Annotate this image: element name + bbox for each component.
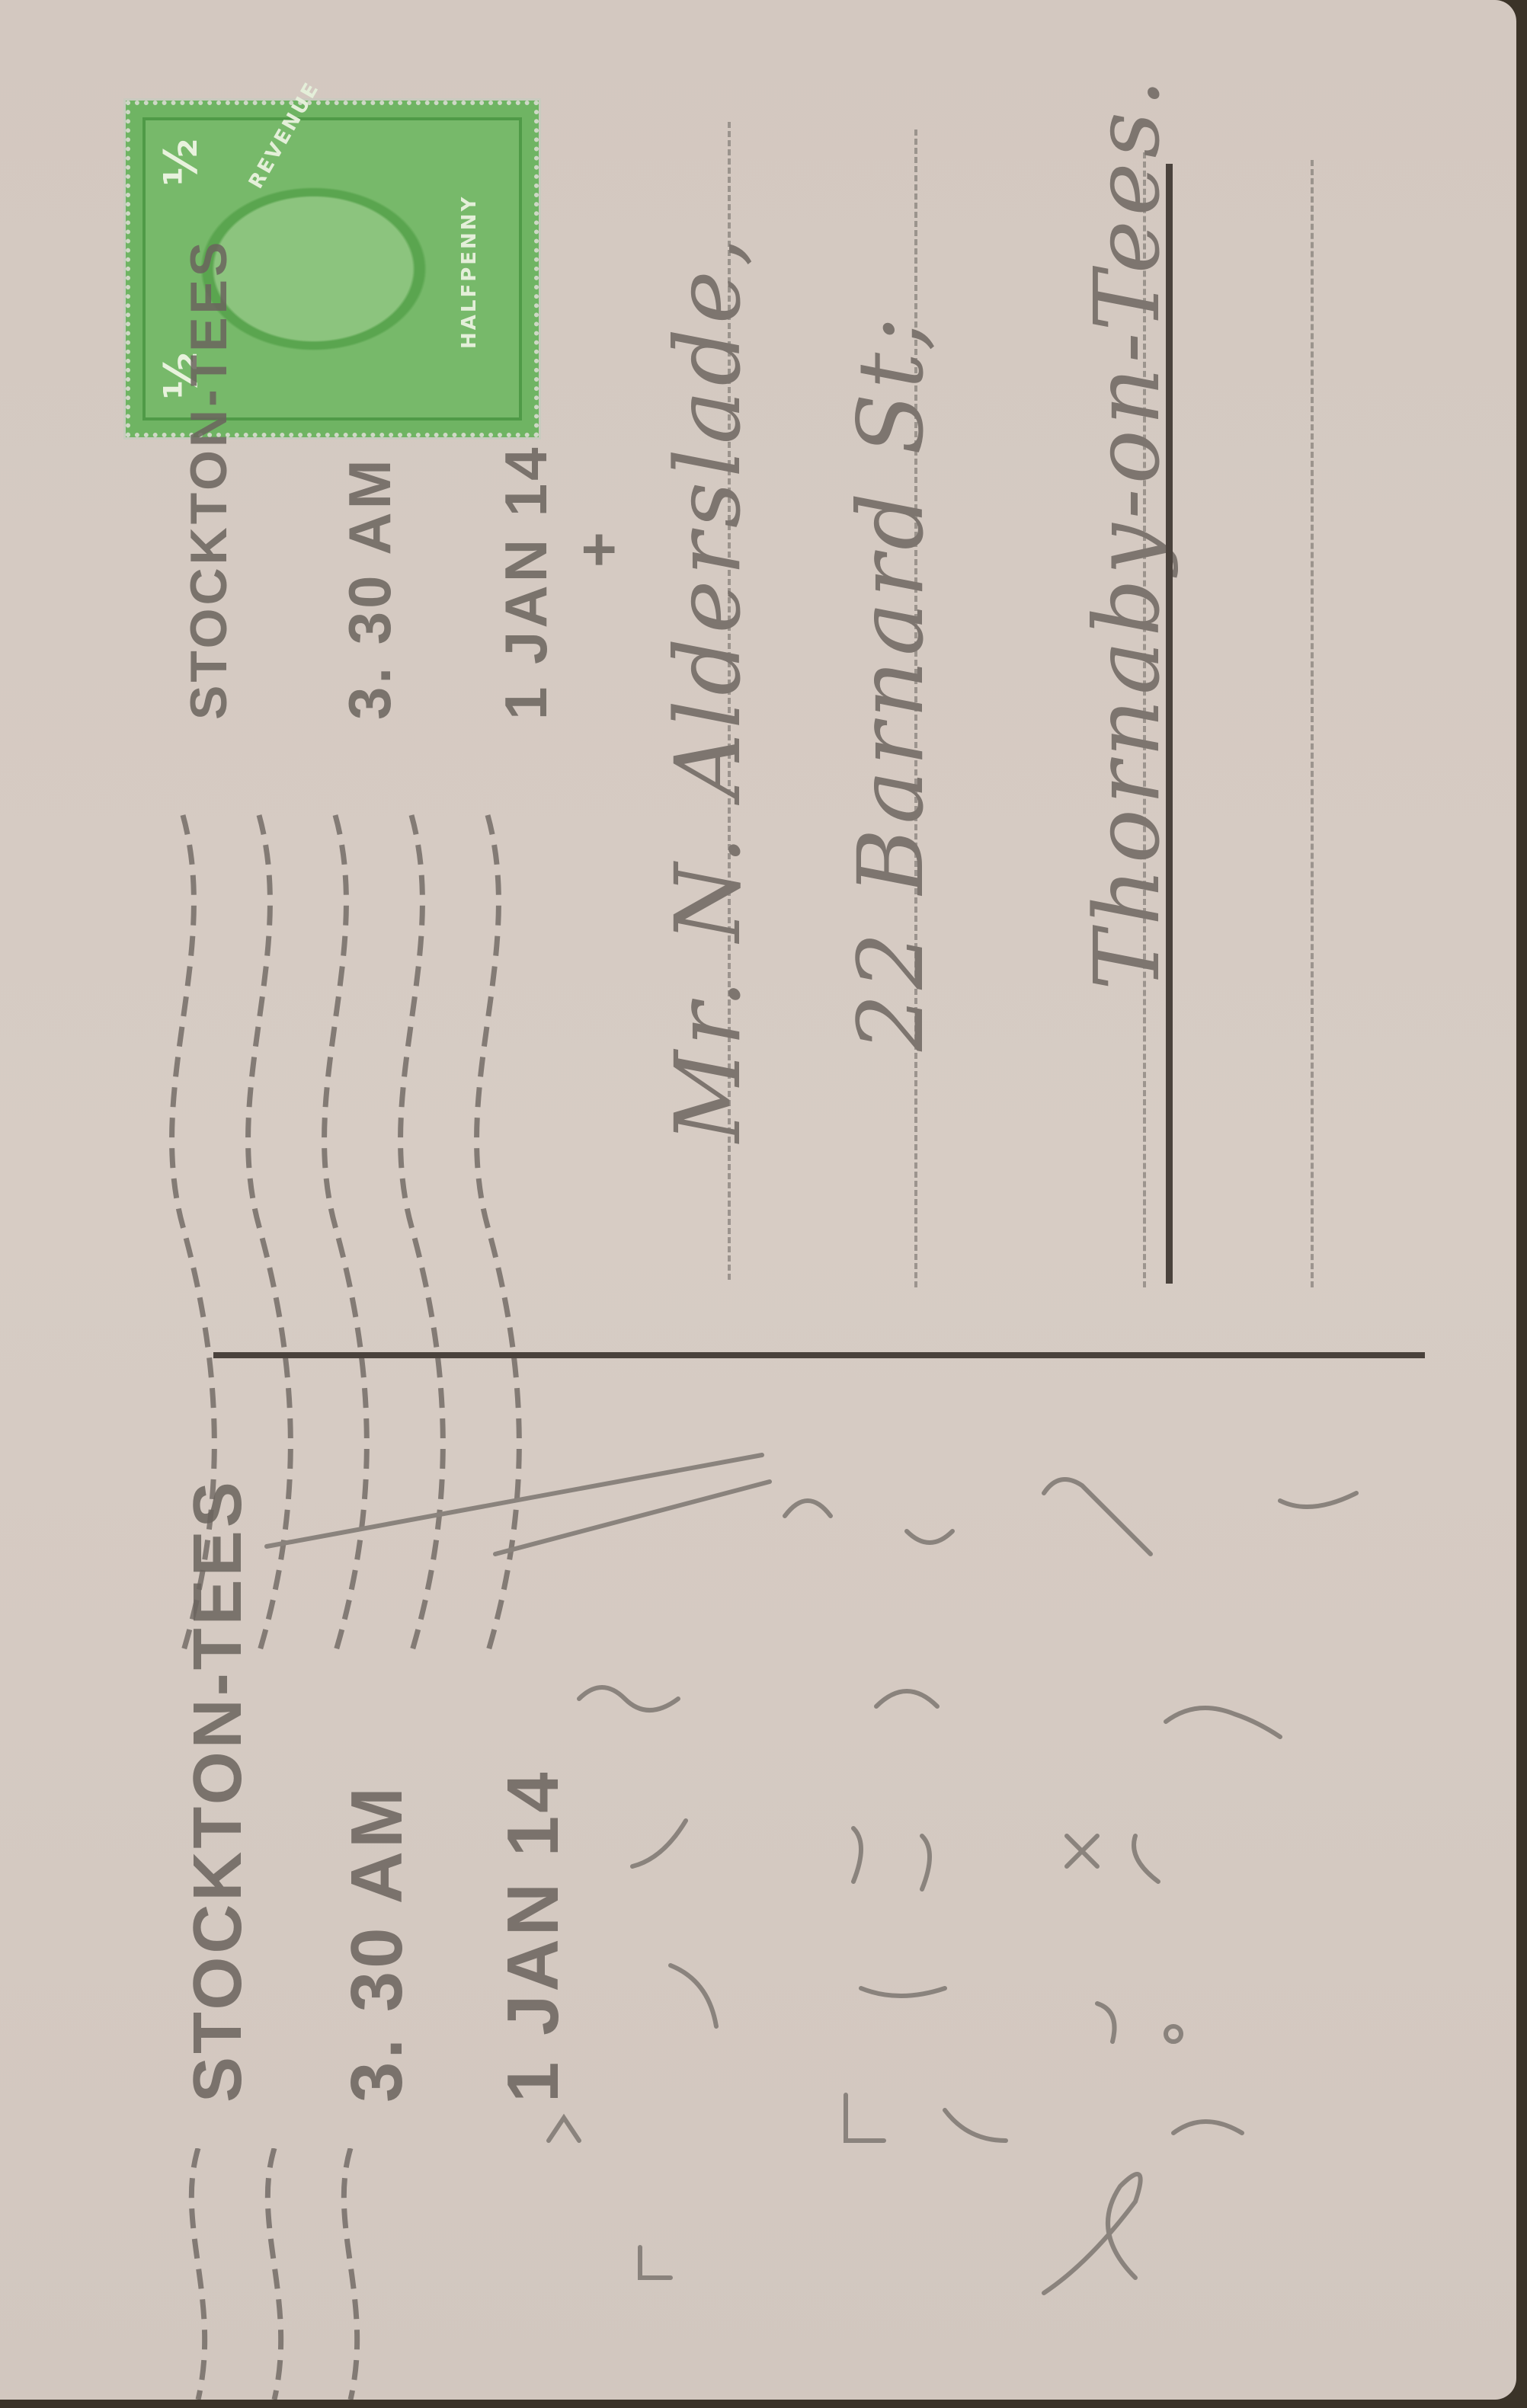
- address-line-town: Thornaby-on-Tees.: [1074, 74, 1180, 990]
- address-line-street: 22 Barnard St;: [838, 313, 943, 1051]
- stamp-value-top-left: ½: [155, 139, 208, 186]
- postmark-top-town: STOCKTON-TEES: [179, 239, 238, 720]
- postmark-top-date: 1 JAN 14: [491, 444, 561, 720]
- town-underline: [1166, 164, 1173, 1284]
- postmark-cross-symbol: +: [564, 529, 634, 568]
- shorthand-message: [152, 1409, 1486, 2362]
- stamp-halfpenny-text: HALFPENNY: [458, 195, 481, 349]
- postcard-back: ½ ½ REVENUE HALFPENNY STOCKTON-TEES 3. 3…: [0, 0, 1516, 2400]
- address-line-name: Mr. N. Alderslade,: [655, 233, 760, 1143]
- card-divider-line: [213, 1352, 1425, 1358]
- postmark-top-time: 3. 30 AM: [335, 456, 405, 720]
- address-guide-line-4: [1311, 160, 1314, 1287]
